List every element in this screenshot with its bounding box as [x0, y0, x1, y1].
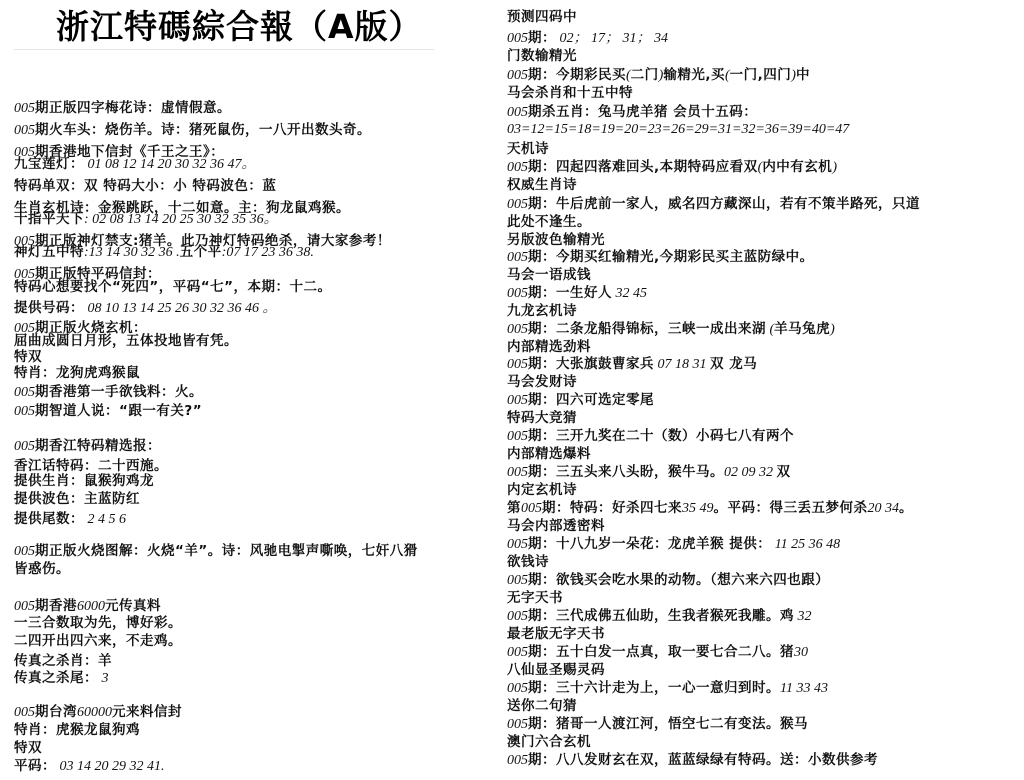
chinese-text: 提供波色：主蓝防红: [14, 491, 140, 507]
chinese-text: 。平码：得三丢五梦何杀: [714, 500, 868, 516]
chinese-text: 期：牛后虎前一家人，威名四方藏深山，若有不策半路死，只道: [528, 196, 920, 212]
numeral-text: 02； 17； 31； 34: [556, 31, 668, 46]
chinese-text: 二门: [631, 67, 659, 83]
text-line: 特码心想要找个“死四”，平码“七”，本期：十二。: [14, 276, 332, 298]
numeral-text: 005: [507, 429, 528, 444]
text-line: 九宝莲灯： 01 08 12 14 20 30 32 36 47。: [14, 153, 256, 175]
numeral-text: 005: [14, 123, 35, 138]
chinese-text: 特码大竞猜: [507, 410, 577, 426]
text-line: 提供波色：主蓝防红: [14, 488, 140, 510]
chinese-text: 一三合数取为先，博好彩。: [14, 615, 182, 631]
numeral-text: 005: [507, 31, 528, 46]
chinese-text: 特肖：龙狗虎鸡猴鼠: [14, 365, 140, 381]
numeral-text: 35 49: [682, 501, 714, 516]
numeral-text: 005: [507, 681, 528, 696]
chinese-text: 期：四六可选定零尾: [528, 392, 654, 408]
text-line: 二四开出四六来，不走鸡。: [14, 630, 182, 652]
chinese-text: 特码单双：双 特码大小：小 特码波色：蓝: [14, 178, 276, 194]
numeral-text: 005: [14, 101, 35, 116]
chinese-text: 皆惑伤。: [14, 561, 70, 577]
chinese-text: 神灯五中特: [14, 244, 84, 260]
chinese-text: 期：一生好人: [528, 285, 612, 301]
numeral-text: 005: [14, 385, 35, 400]
text-line: 特码单双：双 特码大小：小 特码波色：蓝: [14, 175, 276, 197]
chinese-text: 马会内部透密料: [507, 518, 605, 534]
chinese-text: 内部精选爆料: [507, 446, 591, 462]
text-line: 平码： 03 14 20 29 32 41.: [14, 755, 165, 777]
text-line: 005期：十八九岁一朵花：龙虎羊猴 提供： 11 25 36 48: [507, 533, 840, 555]
chinese-text: 期：二条龙船得锦标，三峡一成出来湖: [528, 321, 766, 337]
numeral-text: :13 14 30 32 36 .: [84, 245, 180, 260]
numeral-text: 005: [507, 717, 528, 732]
chinese-text: 期：猪哥一人渡江河，悟空七二有变法。猴马: [528, 716, 808, 732]
chinese-text: 九龙玄机诗: [507, 303, 577, 319]
numeral-text: : 02 08 13 14 20 25 30 32 35 36。: [84, 212, 278, 227]
numeral-text: 2 4 5 6: [84, 512, 126, 527]
numeral-text: 005: [507, 357, 528, 372]
chinese-text: 提供号码：: [14, 300, 84, 316]
text-line: 神灯五中特:13 14 30 32 36 .五个平:07 17 23 36 38…: [14, 241, 314, 263]
chinese-text: 提供尾数：: [14, 511, 84, 527]
chinese-text: 双 龙马: [710, 356, 757, 372]
chinese-text: 天机诗: [507, 141, 549, 157]
chinese-text: 马会发财诗: [507, 374, 577, 390]
numeral-text: ): [832, 160, 837, 175]
chinese-text: 欲钱诗: [507, 554, 549, 570]
numeral-text: 30: [794, 645, 808, 660]
chinese-text: 十指平天下: [14, 211, 84, 227]
chinese-text: 元来料信封: [112, 704, 182, 720]
numeral-text: 005: [507, 160, 528, 175]
chinese-text: 内中有玄机: [762, 159, 832, 175]
numeral-text: 005: [507, 609, 528, 624]
numeral-text: 005: [507, 645, 528, 660]
chinese-text: 期：八八发财玄在双，蓝蓝绿绿有特码。送：小数供参考: [528, 752, 878, 768]
text-line: 03=12=15=18=19=20=23=26=29=31=32=36=39=4…: [507, 118, 849, 140]
chinese-text: 期：三十六计走为上，一心一意归到时。: [528, 680, 780, 696]
chinese-text: 狗龙鼠鸡猴。: [266, 200, 350, 216]
text-line: 005期智道人说：“跟一有关?”: [14, 400, 202, 422]
numeral-text: 11 33 43: [780, 681, 828, 696]
chinese-text: 羊马兔虎: [774, 321, 830, 337]
chinese-text: 期正版火烧图解：火烧“羊”。诗：风驰电掣声嘶唤，七奸八猾: [35, 543, 418, 559]
chinese-text: 期正版四字梅花诗：虚情假意。: [35, 100, 231, 116]
chinese-text: 期香江特码精选报：: [35, 438, 161, 454]
numeral-text: 005: [507, 250, 528, 265]
numeral-text: 20 34: [868, 501, 900, 516]
numeral-text: 60000: [77, 705, 112, 720]
chinese-text: 内定玄机诗: [507, 482, 577, 498]
chinese-text: 八仙显圣赐灵码: [507, 662, 605, 678]
page-title: 浙江特碼綜合報（A版）: [56, 4, 436, 50]
numeral-text: 32 45: [612, 286, 647, 301]
numeral-text: 005: [14, 439, 35, 454]
numeral-text: 03 14 20 29 32 41.: [56, 759, 165, 774]
chinese-text: 权威生肖诗: [507, 177, 577, 193]
numeral-text: 005: [14, 404, 35, 419]
numeral-text: 02 09 32: [724, 465, 777, 480]
numeral-text: 005: [14, 705, 35, 720]
numeral-text: ): [830, 322, 835, 337]
text-line: 十指平天下: 02 08 13 14 20 25 30 32 35 36。: [14, 208, 278, 230]
chinese-text: 期：三五头来八头盼，猴牛马。: [528, 464, 724, 480]
numeral-text: 03=12=15=18=19=20=23=26=29=31=32=36=39=4…: [507, 122, 849, 137]
numeral-text: 07 18 31: [654, 357, 710, 372]
chinese-text: 期：五十白发一点真，取一要七合二八。猪: [528, 644, 794, 660]
chinese-text: 期：四起四落难回头,本期特码应看双: [528, 159, 758, 175]
chinese-text: 期：三代成佛五仙助，生我者猴死我雕。鸡: [528, 608, 794, 624]
text-line: 传真之杀尾： 3: [14, 667, 109, 689]
chinese-text: 提供生肖：鼠猴狗鸡龙: [14, 473, 154, 489]
chinese-text: 输精光,买: [663, 67, 725, 83]
chinese-text: 一门,四门: [730, 67, 792, 83]
chinese-text: 期：大张旗鼓曹家兵: [528, 356, 654, 372]
chinese-text: 期：三开九奖在二十（数）小码七八有两个: [528, 428, 794, 444]
title-divider: [14, 49, 434, 50]
chinese-text: 平码：: [14, 758, 56, 774]
chinese-text: 期火车头：烧伤羊。诗：猪死鼠伤，一八开出数头奇。: [35, 122, 371, 138]
chinese-text: 马会杀肖和十五中特: [507, 85, 633, 101]
numeral-text: 005: [507, 68, 528, 83]
chinese-text: 特肖：虎猴龙鼠狗鸡: [14, 722, 140, 738]
chinese-text: 特码心想要找个“死四”，平码“七”，本期：十二。: [14, 279, 332, 295]
chinese-text: 期：今期买红输精光,今期彩民买主蓝防绿中。: [528, 249, 814, 265]
numeral-text: 005: [521, 501, 542, 516]
chinese-text: 澳门六合玄机: [507, 734, 591, 750]
chinese-text: 第: [507, 500, 521, 516]
text-line: 预测四码中: [507, 6, 577, 28]
chinese-text: 期香港第一手欲钱料：火。: [35, 384, 203, 400]
chinese-text: 九宝莲灯：: [14, 156, 84, 172]
numeral-text: 32: [794, 609, 812, 624]
numeral-text: 005: [14, 544, 35, 559]
chinese-text: 期：今期彩民买: [528, 67, 626, 83]
text-line: 005期正版四字梅花诗：虚情假意。: [14, 97, 231, 119]
numeral-text: 01 08 12 14 20 30 32 36 47。: [84, 157, 256, 172]
chinese-text: 预测四码中: [507, 9, 577, 25]
numeral-text: 005: [507, 573, 528, 588]
chinese-text: 中: [796, 67, 810, 83]
chinese-text: 双: [777, 464, 791, 480]
numeral-text: 005: [507, 537, 528, 552]
chinese-text: 期：十八九岁一朵花：龙虎羊猴 提供：: [528, 536, 771, 552]
chinese-text: 二四开出四六来，不走鸡。: [14, 633, 182, 649]
text-line: 提供尾数： 2 4 5 6: [14, 508, 126, 530]
chinese-text: 期台湾: [35, 704, 77, 720]
numeral-text: 11 25 36 48: [771, 537, 840, 552]
chinese-text: 送你二句猜: [507, 698, 577, 714]
numeral-text: 08 10 13 14 25 26 30 32 36 46 。: [84, 301, 277, 316]
text-line: 提供号码： 08 10 13 14 25 26 30 32 36 46 。: [14, 297, 277, 319]
text-line: 005期：八八发财玄在双，蓝蓝绿绿有特码。送：小数供参考: [507, 749, 878, 771]
chinese-text: 特双: [14, 740, 42, 756]
chinese-text: 此处不逢生。: [507, 214, 591, 230]
chinese-text: 期：欲钱买会吃水果的动物。（想六来六四也跟）: [528, 572, 829, 588]
text-line: 005期正版火烧图解：火烧“羊”。诗：风驰电掣声嘶唤，七奸八猾: [14, 540, 418, 562]
numeral-text: 3: [98, 671, 109, 686]
numeral-text: (: [766, 322, 774, 337]
chinese-text: 门数输精光: [507, 48, 577, 64]
numeral-text: 005: [507, 286, 528, 301]
chinese-text: 期：特码：好杀四七来: [542, 500, 682, 516]
chinese-text: 传真之杀尾：: [14, 670, 98, 686]
chinese-text: 。: [899, 500, 913, 516]
numeral-text: :07 17 23 36 38.: [222, 245, 314, 260]
chinese-text: 期：: [528, 30, 556, 46]
text-line: 005期火车头：烧伤羊。诗：猪死鼠伤，一八开出数头奇。: [14, 119, 371, 141]
numeral-text: 005: [507, 465, 528, 480]
text-line: 屈曲成圆日月形，五体投地皆有凭。: [14, 330, 238, 352]
text-line: 005期香江特码精选报：: [14, 435, 161, 457]
numeral-text: 005: [507, 393, 528, 408]
chinese-text: 屈曲成圆日月形，五体投地皆有凭。: [14, 333, 238, 349]
chinese-text: 期智道人说：“跟一有关?”: [35, 403, 202, 419]
chinese-text: 无字天书: [507, 590, 563, 606]
numeral-text: 005: [507, 322, 528, 337]
chinese-text: 马会一语成钱: [507, 267, 591, 283]
chinese-text: 最老版无字天书: [507, 626, 605, 642]
numeral-text: 005: [507, 753, 528, 768]
chinese-text: 五个平: [180, 244, 222, 260]
numeral-text: 005: [507, 197, 528, 212]
text-line: 皆惑伤。: [14, 558, 70, 580]
